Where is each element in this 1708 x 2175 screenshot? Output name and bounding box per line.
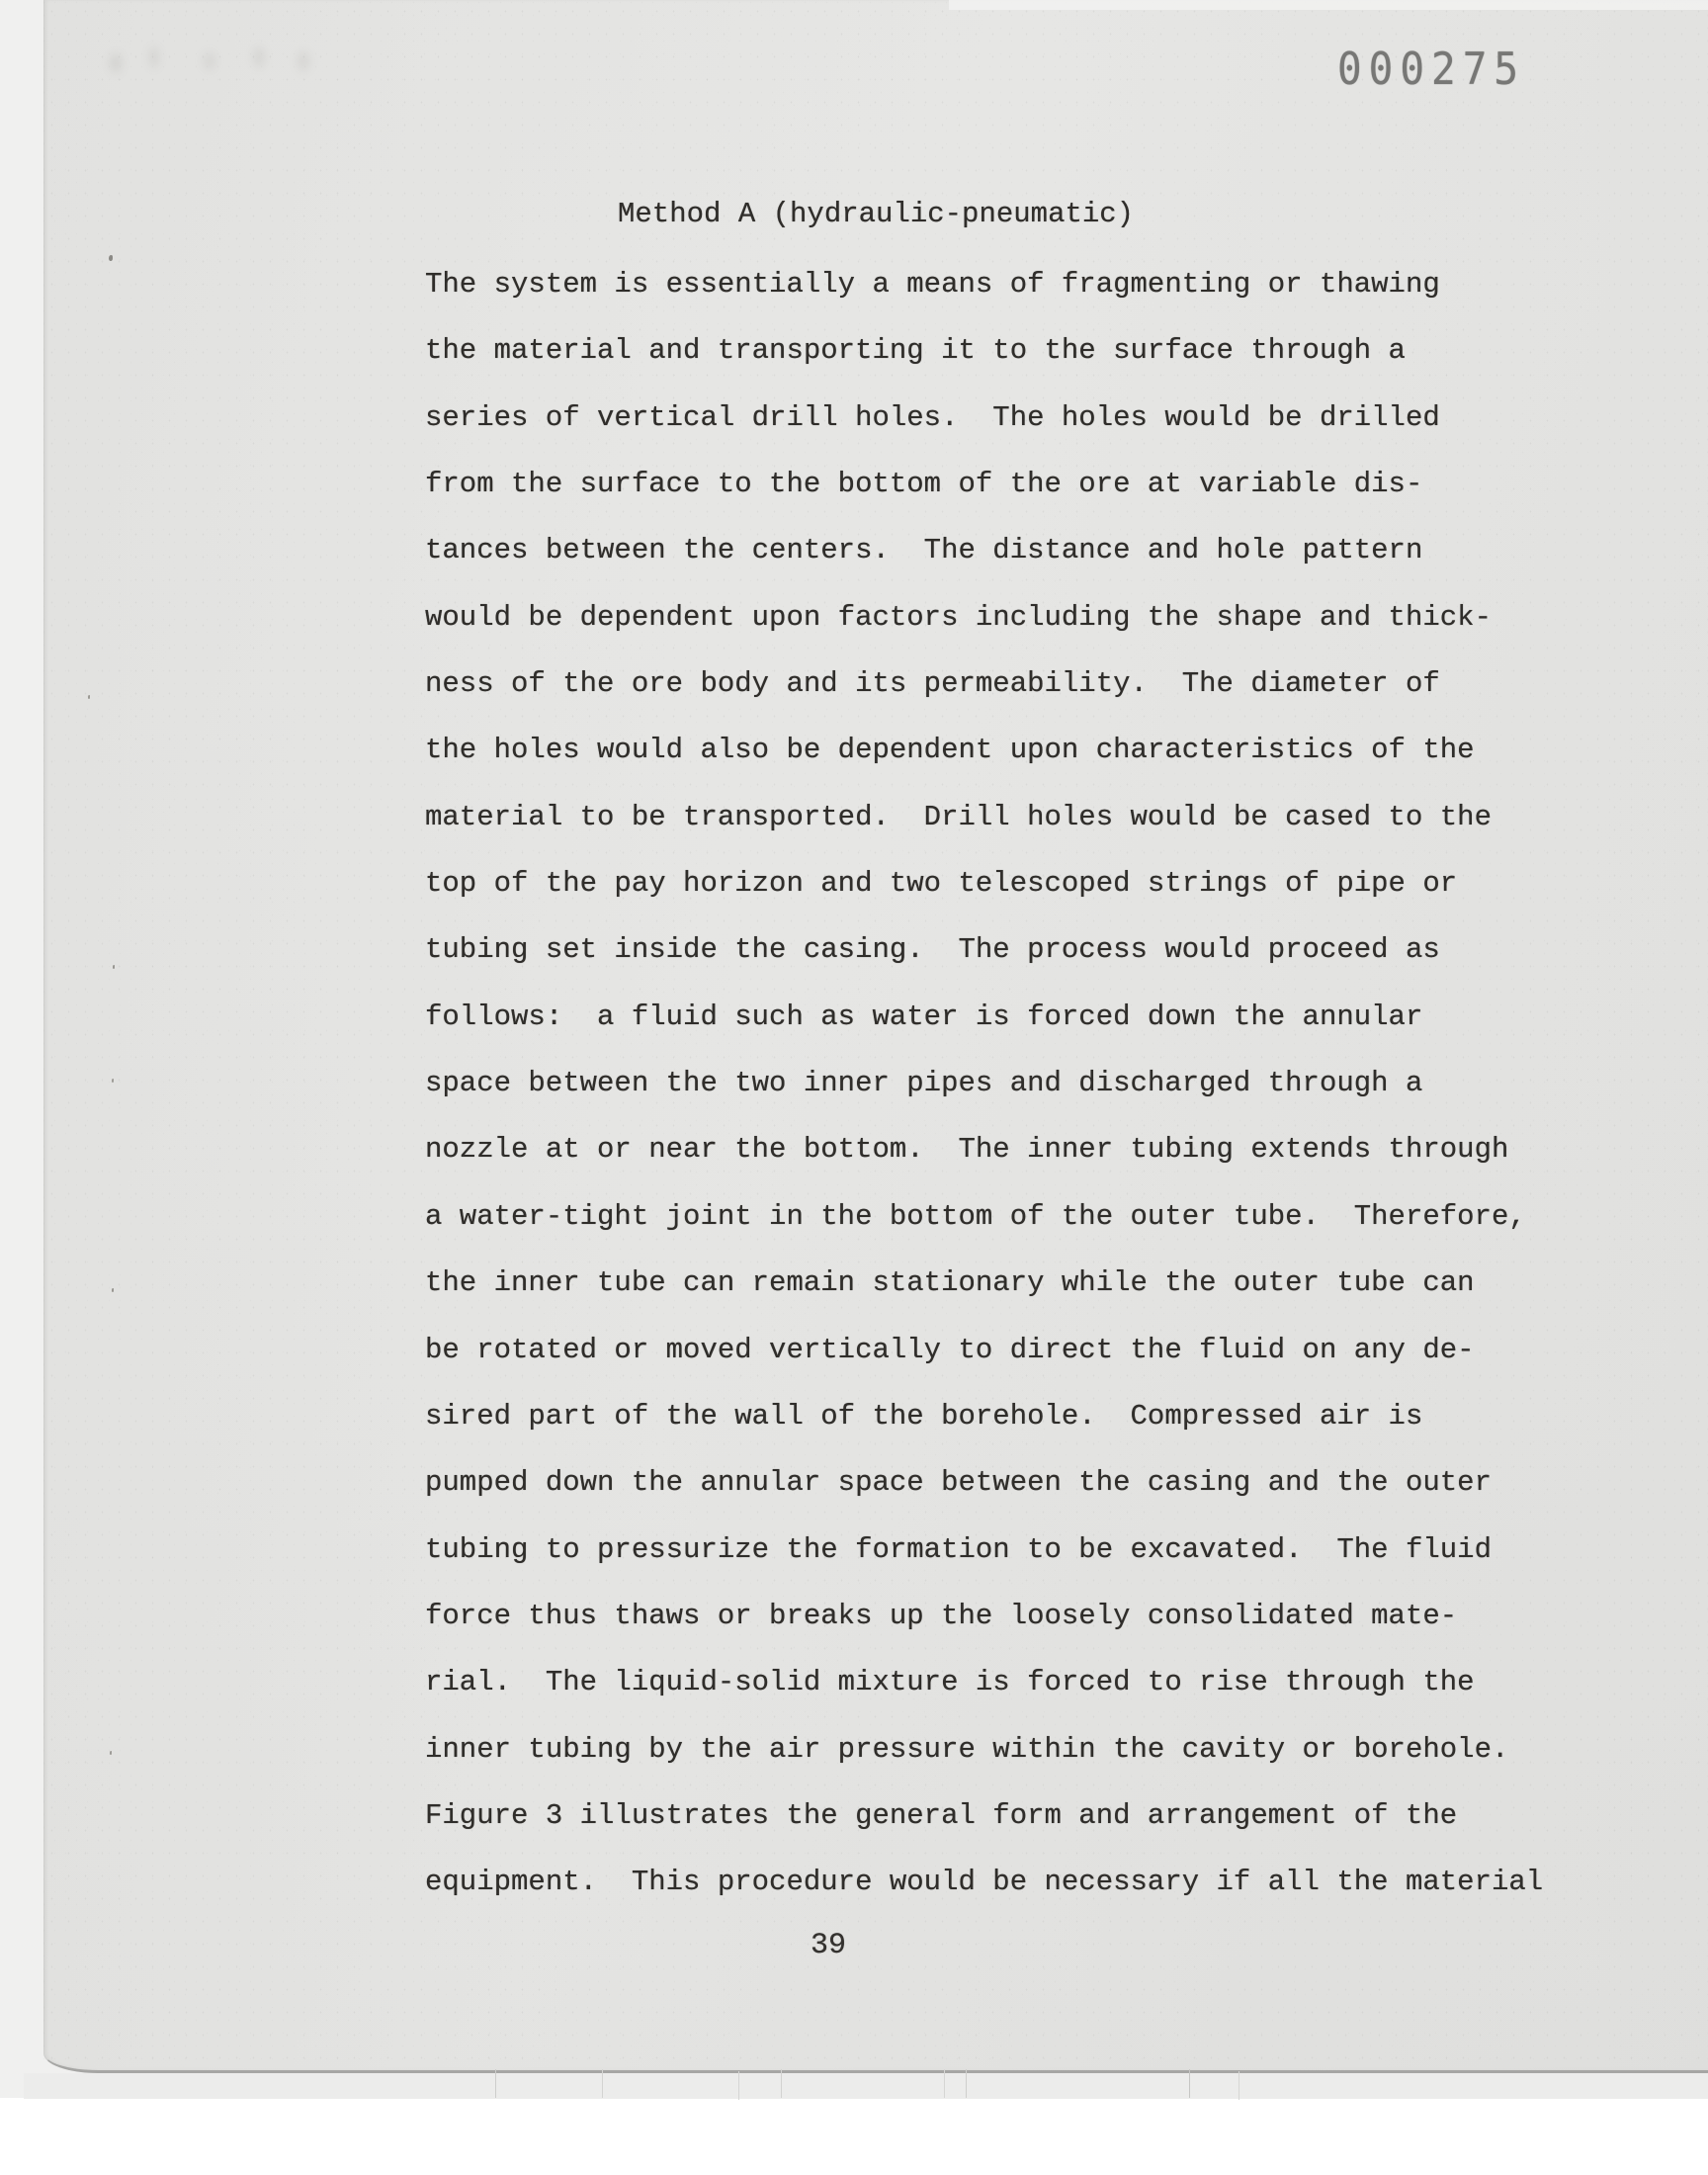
body-line: space between the two inner pipes and di… bbox=[425, 1050, 1591, 1116]
body-line: Figure 3 illustrates the general form an… bbox=[425, 1783, 1591, 1849]
body-line: the inner tube can remain stationary whi… bbox=[425, 1250, 1591, 1316]
scanner-specks bbox=[109, 255, 113, 261]
document-body-lines: The system is essentially a means of fra… bbox=[425, 251, 1591, 1916]
body-line: rial. The liquid-solid mixture is forced… bbox=[425, 1649, 1591, 1715]
body-line: series of vertical drill holes. The hole… bbox=[425, 385, 1591, 451]
body-line: force thus thaws or breaks up the loosel… bbox=[425, 1583, 1591, 1649]
body-line: The system is essentially a means of fra… bbox=[425, 251, 1591, 317]
body-line: tubing to pressurize the formation to be… bbox=[425, 1517, 1591, 1583]
body-line: material to be transported. Drill holes … bbox=[425, 784, 1591, 850]
body-line: sired part of the wall of the borehole. … bbox=[425, 1383, 1591, 1449]
body-line: pumped down the annular space between th… bbox=[425, 1449, 1591, 1516]
body-line: inner tubing by the air pressure within … bbox=[425, 1716, 1591, 1783]
body-line: tances between the centers. The distance… bbox=[425, 517, 1591, 583]
body-line: a water-tight joint in the bottom of the… bbox=[425, 1183, 1591, 1250]
body-line: the material and transporting it to the … bbox=[425, 317, 1591, 384]
paper-top-edge bbox=[949, 0, 1708, 10]
body-line: follows: a fluid such as water is forced… bbox=[425, 984, 1591, 1050]
paper-bottom-edge-shadow bbox=[24, 2073, 1708, 2099]
fold-crease-marks bbox=[495, 2069, 496, 2098]
scanned-document-page: 000275 Method A (hydraulic-pneumatic) Th… bbox=[0, 0, 1708, 2175]
body-line: would be dependent upon factors includin… bbox=[425, 584, 1591, 651]
body-line: nozzle at or near the bottom. The inner … bbox=[425, 1116, 1591, 1182]
body-line: tubing set inside the casing. The proces… bbox=[425, 916, 1591, 983]
page-number: 39 bbox=[811, 1916, 846, 1975]
body-line: from the surface to the bottom of the or… bbox=[425, 451, 1591, 517]
serial-number-stamp: 000275 bbox=[1337, 43, 1525, 95]
body-line: the holes would also be dependent upon c… bbox=[425, 717, 1591, 783]
document-title: Method A (hydraulic-pneumatic) bbox=[618, 181, 1134, 247]
body-line: be rotated or moved vertically to direct… bbox=[425, 1317, 1591, 1383]
body-line: ness of the ore body and its permeabilit… bbox=[425, 651, 1591, 717]
bleed-through-mark bbox=[91, 28, 338, 93]
body-line: top of the pay horizon and two telescope… bbox=[425, 850, 1591, 916]
body-line: equipment. This procedure would be neces… bbox=[425, 1849, 1591, 1915]
